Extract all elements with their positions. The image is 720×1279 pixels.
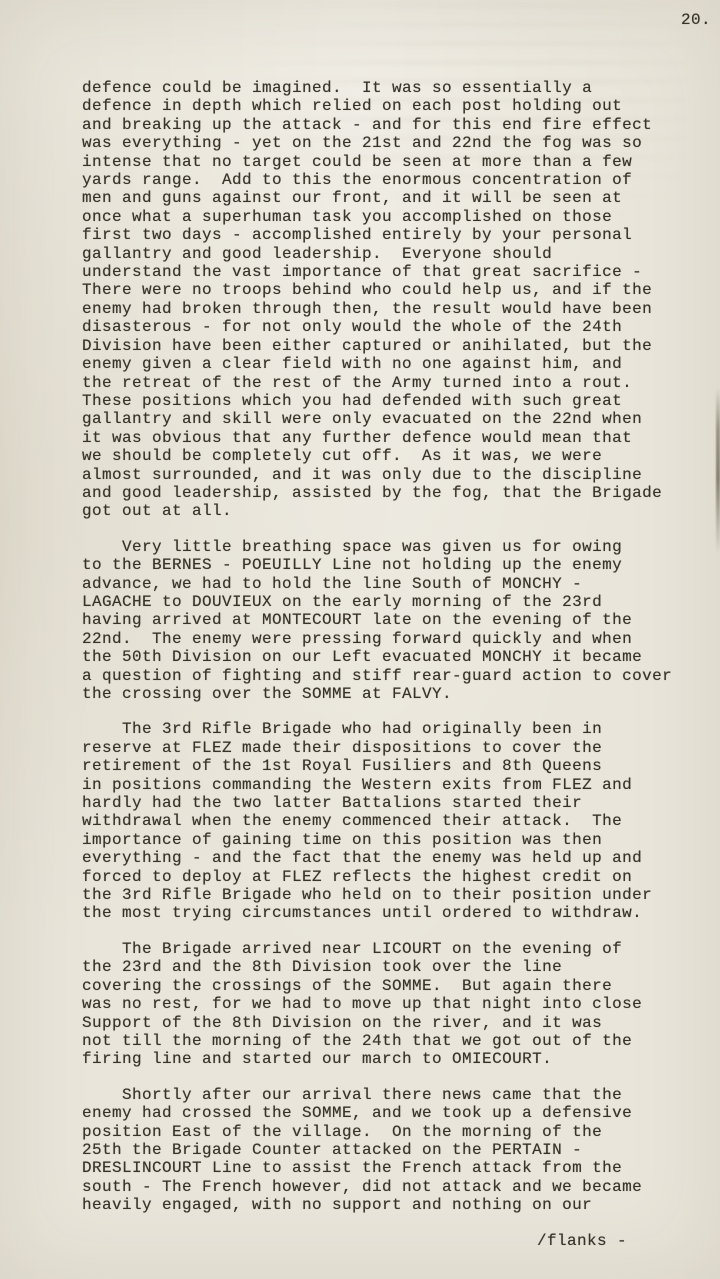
page-number: 20.	[681, 10, 711, 30]
paragraph-2: Very little breathing space was given us…	[82, 538, 707, 704]
catchword: /flanks -	[537, 1232, 707, 1250]
page-edge-shadow	[716, 388, 720, 553]
paragraph-1: defence could be imagined. It was so ess…	[82, 79, 707, 521]
paragraph-3: The 3rd Rifle Brigade who had originally…	[82, 720, 707, 922]
letter-body: defence could be imagined. It was so ess…	[82, 79, 707, 1250]
paragraph-5: Shortly after our arrival there news cam…	[82, 1086, 707, 1215]
paragraph-4: The Brigade arrived near LICOURT on the …	[82, 940, 707, 1069]
scanned-page: 20. defence could be imagined. It was so…	[0, 0, 720, 1279]
